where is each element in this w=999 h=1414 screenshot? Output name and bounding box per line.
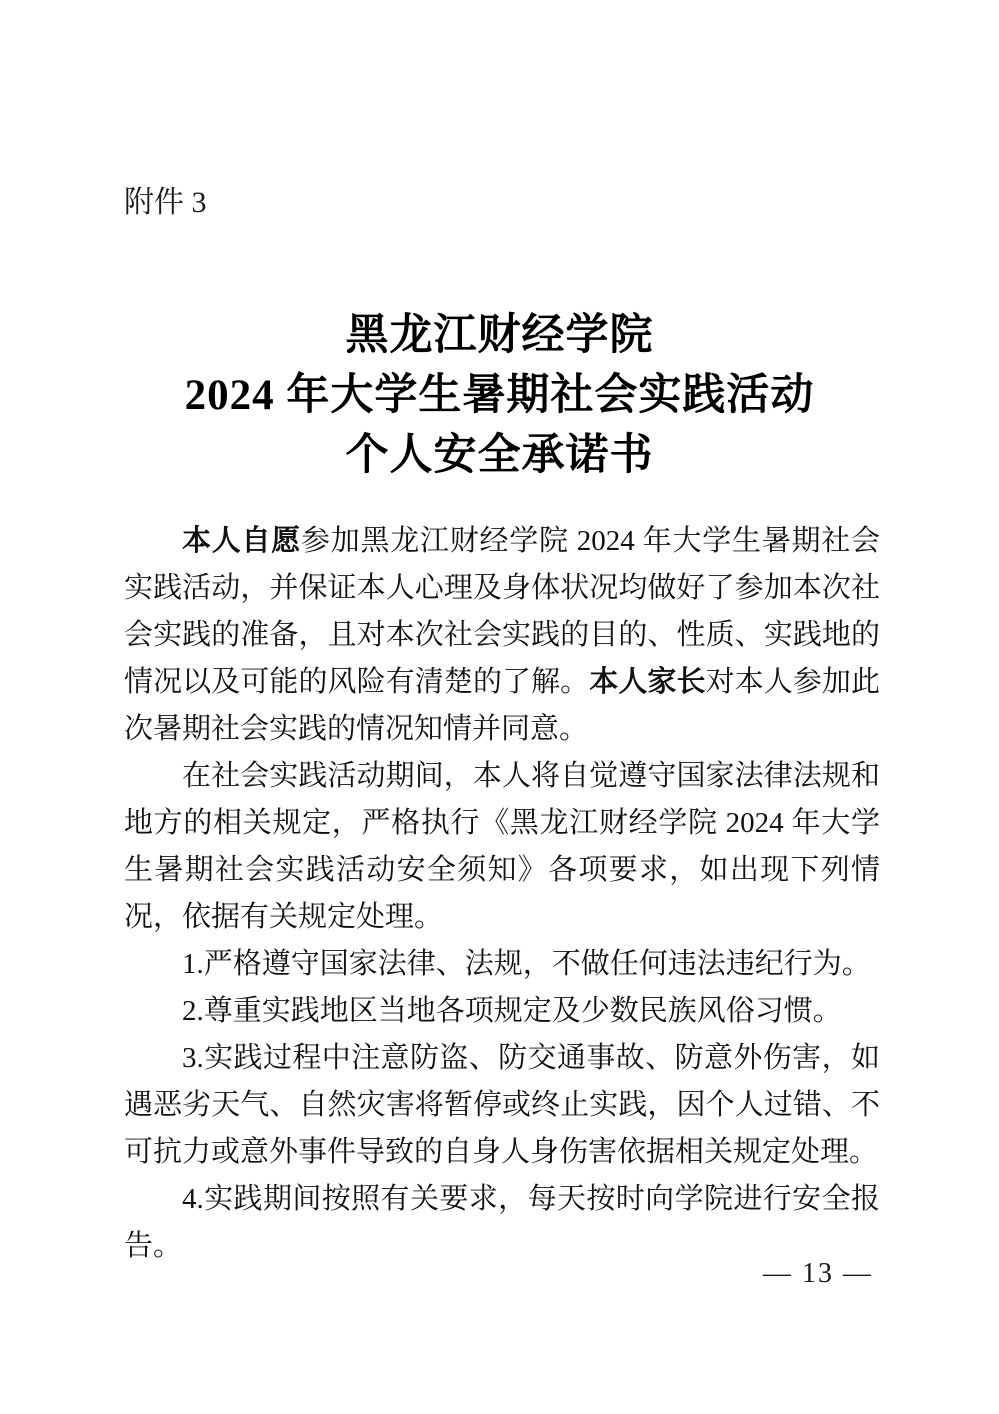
paragraph-commitment: 本人自愿参加黑龙江财经学院 2024 年大学生暑期社会实践活动，并保证本人心理及…	[124, 518, 880, 753]
title-line-doc-type: 个人安全承诺书	[0, 426, 999, 486]
document-page: 附件 3 黑龙江财经学院 2024 年大学生暑期社会实践活动 个人安全承诺书 本…	[0, 0, 999, 1414]
list-item-1: 1.严格遵守国家法律、法规，不做任何违法违纪行为。	[124, 941, 880, 988]
list-item-3: 3.实践过程中注意防盗、防交通事故、防意外伤害，如遇恶劣天气、自然灾害将暂停或终…	[124, 1035, 880, 1176]
title-line-institution: 黑龙江财经学院	[0, 306, 999, 366]
page-number: — 13 —	[763, 1256, 873, 1292]
paragraph-compliance: 在社会实践活动期间，本人将自觉遵守国家法律法规和地方的相关规定，严格执行《黑龙江…	[124, 753, 880, 941]
attachment-label: 附件 3	[124, 183, 207, 223]
bold-segment-parents: 本人家长	[589, 666, 705, 698]
list-item-2: 2.尊重实践地区当地各项规定及少数民族风俗习惯。	[124, 988, 880, 1035]
document-title: 黑龙江财经学院 2024 年大学生暑期社会实践活动 个人安全承诺书	[0, 306, 999, 486]
document-body: 本人自愿参加黑龙江财经学院 2024 年大学生暑期社会实践活动，并保证本人心理及…	[124, 518, 880, 1270]
bold-segment-self-voluntary: 本人自愿	[182, 525, 301, 557]
title-line-activity: 2024 年大学生暑期社会实践活动	[0, 366, 999, 426]
